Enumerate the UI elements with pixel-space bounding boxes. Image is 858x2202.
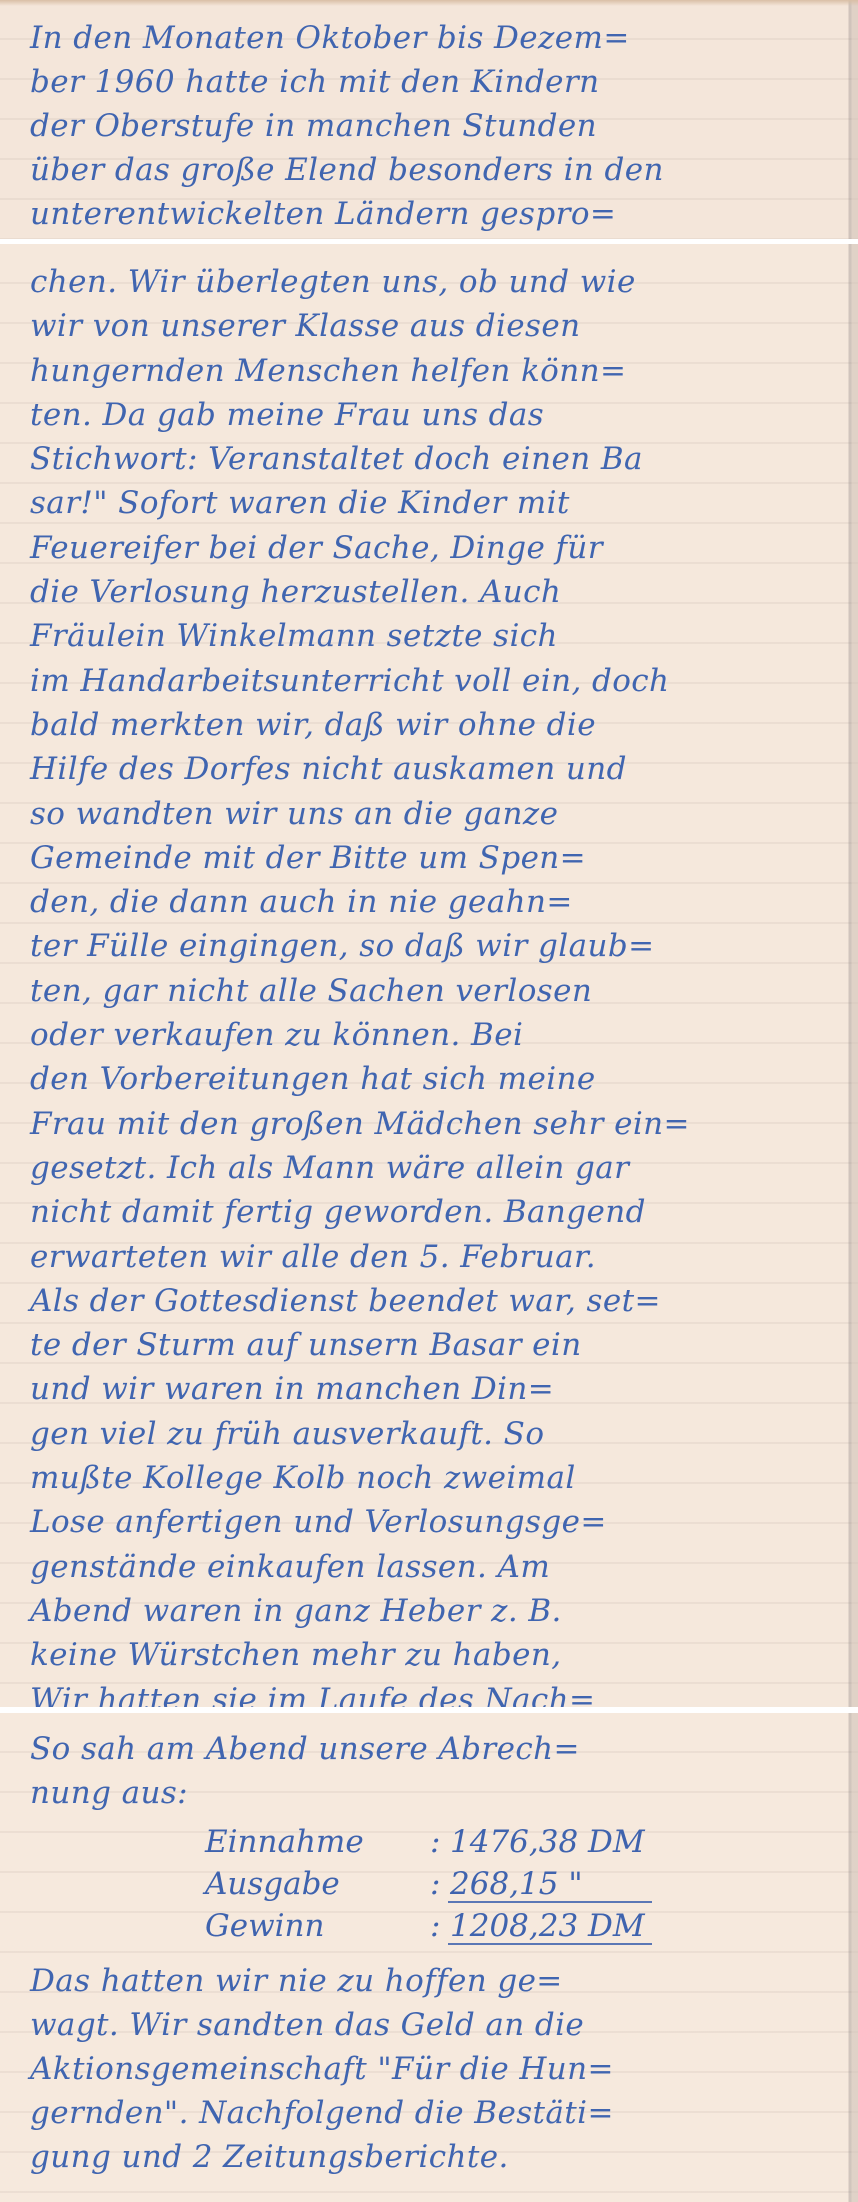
text-line: nicht damit fertig geworden. Bangend — [30, 1190, 850, 1234]
handwritten-paragraph-1: In den Monaten Oktober bis Dezem= ber 19… — [30, 16, 850, 236]
ledger-label: Einnahme — [205, 1821, 430, 1863]
ledger-row-income: Einnahme : 1476,38 DM — [205, 1821, 690, 1863]
text-line: gen viel zu früh ausverkauft. So — [30, 1412, 850, 1456]
text-line: nung aus: — [30, 1771, 850, 1815]
handwritten-closing-paragraph: Das hatten wir nie zu hoffen ge= wagt. W… — [30, 1959, 850, 2179]
text-line: hungernden Menschen helfen könn= — [30, 349, 850, 393]
ledger-value: 268,15 " — [450, 1863, 690, 1905]
handwritten-paragraph-2: chen. Wir überlegten uns, ob und wie wir… — [30, 260, 850, 1707]
text-line: genstände einkaufen lassen. Am — [30, 1545, 850, 1589]
text-line: So sah am Abend unsere Abrech= — [30, 1727, 850, 1771]
text-line: Abend waren in ganz Heber z. B. — [30, 1589, 850, 1633]
ledger-colon: : — [430, 1821, 450, 1863]
accounting-ledger: Einnahme : 1476,38 DM Ausgabe : 268,15 "… — [205, 1821, 690, 1947]
text-line: bald merkten wir, daß wir ohne die — [30, 703, 850, 747]
text-line: gesetzt. Ich als Mann wäre allein gar — [30, 1146, 850, 1190]
text-line: ber 1960 hatte ich mit den Kindern — [30, 60, 850, 104]
text-line: ter Fülle eingingen, so daß wir glaub= — [30, 924, 850, 968]
text-line: Wir hatten sie im Laufe des Nach= — [30, 1678, 850, 1708]
page-fragment-3: So sah am Abend unsere Abrech= nung aus:… — [0, 1713, 858, 2202]
text-line: Lose anfertigen und Verlosungsge= — [30, 1500, 850, 1544]
text-line: wagt. Wir sandten das Geld an die — [30, 2003, 850, 2047]
text-line: unterentwickelten Ländern gespro= — [30, 192, 850, 236]
text-line: im Handarbeitsunterricht voll ein, doch — [30, 659, 850, 703]
scanned-notebook-page: In den Monaten Oktober bis Dezem= ber 19… — [0, 0, 858, 2202]
text-line: ten. Da gab meine Frau uns das — [30, 393, 850, 437]
text-line: oder verkaufen zu können. Bei — [30, 1013, 850, 1057]
text-line: gernden". Nachfolgend die Bestäti= — [30, 2091, 850, 2135]
text-line: gung und 2 Zeitungsberichte. — [30, 2135, 850, 2179]
text-line: Gemeinde mit der Bitte um Spen= — [30, 836, 850, 880]
text-line: mußte Kollege Kolb noch zweimal — [30, 1456, 850, 1500]
text-line: Hilfe des Dorfes nicht auskamen und — [30, 747, 850, 791]
text-line: chen. Wir überlegten uns, ob und wie — [30, 260, 850, 304]
text-line: Das hatten wir nie zu hoffen ge= — [30, 1959, 850, 2003]
text-line: so wandten wir uns an die ganze — [30, 792, 850, 836]
handwritten-ledger-intro: So sah am Abend unsere Abrech= nung aus: — [30, 1727, 850, 1815]
text-line: keine Würstchen mehr zu haben, — [30, 1633, 850, 1677]
text-line: wir von unserer Klasse aus diesen — [30, 304, 850, 348]
ledger-row-expenses: Ausgabe : 268,15 " — [205, 1863, 690, 1905]
text-line: den Vorbereitungen hat sich meine — [30, 1057, 850, 1101]
text-line: den, die dann auch in nie geahn= — [30, 880, 850, 924]
page-fragment-2: chen. Wir überlegten uns, ob und wie wir… — [0, 244, 858, 1707]
text-line: die Verlosung herzustellen. Auch — [30, 570, 850, 614]
ledger-value: 1208,23 DM — [450, 1905, 690, 1947]
text-line: erwarteten wir alle den 5. Februar. — [30, 1235, 850, 1279]
ledger-colon: : — [430, 1863, 450, 1905]
text-line: und wir waren in manchen Din= — [30, 1367, 850, 1411]
text-line: über das große Elend besonders in den — [30, 148, 850, 192]
text-line: Als der Gottesdienst beendet war, set= — [30, 1279, 850, 1323]
text-line: sar!" Sofort waren die Kinder mit — [30, 481, 850, 525]
ledger-row-profit: Gewinn : 1208,23 DM — [205, 1905, 690, 1947]
page-fragment-1: In den Monaten Oktober bis Dezem= ber 19… — [0, 0, 858, 239]
text-line: Stichwort: Veranstaltet doch einen Ba — [30, 437, 850, 481]
ledger-value: 1476,38 DM — [450, 1821, 690, 1863]
text-line: In den Monaten Oktober bis Dezem= — [30, 16, 850, 60]
text-line: Aktionsgemeinschaft "Für die Hun= — [30, 2047, 850, 2091]
ledger-label: Ausgabe — [205, 1863, 430, 1905]
text-line: der Oberstufe in manchen Stunden — [30, 104, 850, 148]
text-line: ten, gar nicht alle Sachen verlosen — [30, 969, 850, 1013]
text-line: Fräulein Winkelmann setzte sich — [30, 614, 850, 658]
ledger-colon: : — [430, 1905, 450, 1947]
text-line: te der Sturm auf unsern Basar ein — [30, 1323, 850, 1367]
ledger-label: Gewinn — [205, 1905, 430, 1947]
text-line: Feuereifer bei der Sache, Dinge für — [30, 526, 850, 570]
text-line: Frau mit den großen Mädchen sehr ein= — [30, 1102, 850, 1146]
